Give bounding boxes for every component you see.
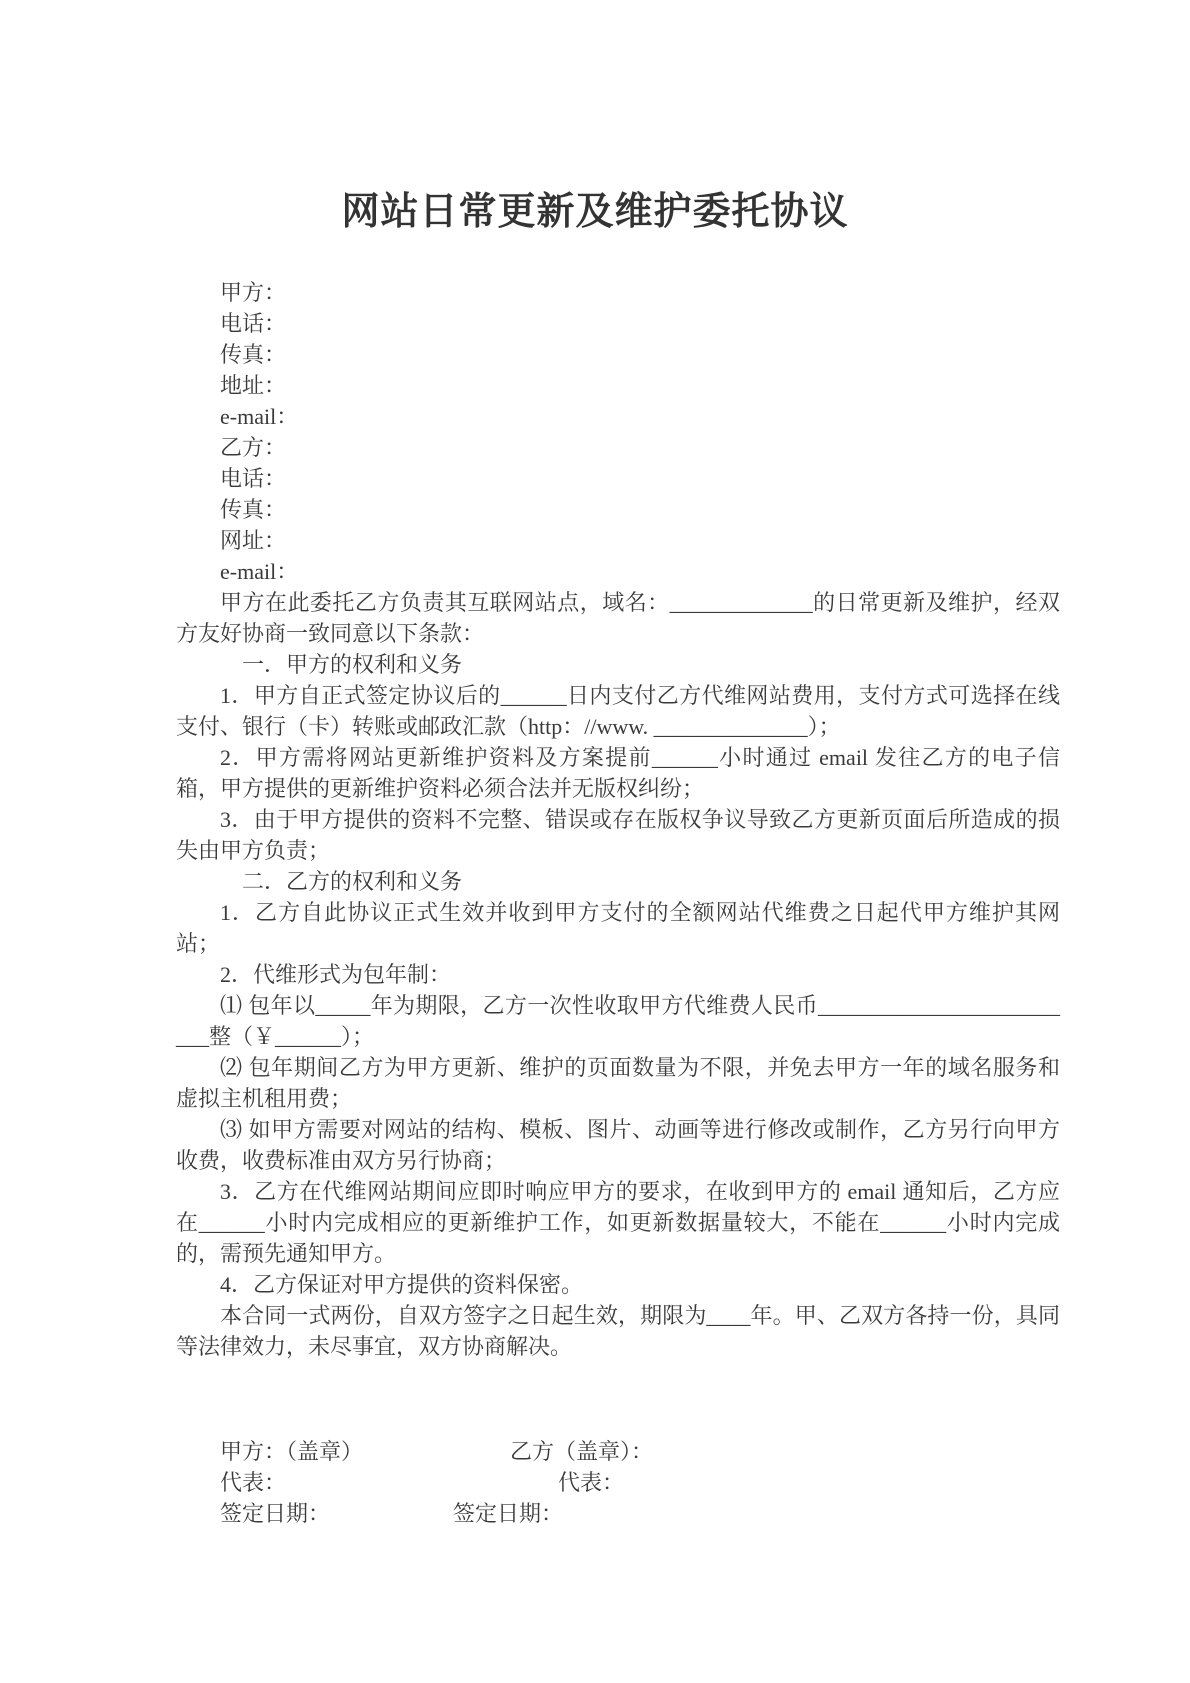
party-field-email-b: e-mail： xyxy=(176,556,1060,587)
contract-clauses: 甲方在此委托乙方负责其互联网站点，域名：_____________的日常更新及维… xyxy=(176,587,1060,1362)
clause-2-2-2: ⑵ 包年期间乙方为甲方更新、维护的页面数量为不限，并免去甲方一年的域名服务和虚拟… xyxy=(176,1052,1060,1114)
party-b-representative-label: 代表： xyxy=(558,1467,624,1498)
party-a-sign-date-label: 签定日期： xyxy=(176,1498,330,1529)
party-field-fax-a: 传真： xyxy=(176,339,1060,370)
contract-content: 甲方： 电话： 传真： 地址： e-mail： 乙方： 电话： 传真： 网址： … xyxy=(176,277,1060,1529)
signature-row-date: 签定日期： 签定日期： xyxy=(176,1498,1060,1529)
clause-1-1: 1．甲方自正式签定协议后的______日内支付乙方代维网站费用，支付方式可选择在… xyxy=(176,680,1060,742)
clause-2-1: 1．乙方自此协议正式生效并收到甲方支付的全额网站代维费之日起代甲方维护其网站； xyxy=(176,897,1060,959)
closing-paragraph: 本合同一式两份，自双方签字之日起生效，期限为____年。甲、乙双方各持一份，具同… xyxy=(176,1300,1060,1362)
party-info-block: 甲方： 电话： 传真： 地址： e-mail： 乙方： 电话： 传真： 网址： … xyxy=(176,277,1060,587)
party-field-website-b: 网址： xyxy=(176,525,1060,556)
section-heading-one: 一．甲方的权利和义务 xyxy=(176,649,1060,680)
party-field-yifang: 乙方： xyxy=(176,432,1060,463)
paragraph-intro: 甲方在此委托乙方负责其互联网站点，域名：_____________的日常更新及维… xyxy=(176,587,1060,649)
party-field-jiafang: 甲方： xyxy=(176,277,1060,308)
clause-2-2: 2．代维形式为包年制： xyxy=(176,959,1060,990)
clause-2-3: 3．乙方在代维网站期间应即时响应甲方的要求，在收到甲方的 email 通知后，乙… xyxy=(176,1176,1060,1269)
signature-row-representative: 代表： 代表： xyxy=(176,1467,1060,1498)
party-a-representative-label: 代表： xyxy=(176,1467,286,1498)
clause-1-3: 3．由于甲方提供的资料不完整、错误或存在版权争议导致乙方更新页面后所造成的损失由… xyxy=(176,804,1060,866)
clause-1-2: 2．甲方需将网站更新维护资料及方案提前______小时通过 email 发往乙方… xyxy=(176,742,1060,804)
party-field-fax-b: 传真： xyxy=(176,494,1060,525)
party-b-seal-label: 乙方（盖章）： xyxy=(510,1436,653,1467)
contract-title: 网站日常更新及维护委托协议 xyxy=(0,188,1190,236)
party-field-email-a: e-mail： xyxy=(176,401,1060,432)
signature-block: 甲方：（盖章） 乙方（盖章）： 代表： 代表： 签定日期： 签定日期： xyxy=(176,1436,1060,1529)
section-heading-two: 二．乙方的权利和义务 xyxy=(176,866,1060,897)
clause-2-2-3: ⑶ 如甲方需要对网站的结构、模板、图片、动画等进行修改或制作，乙方另行向甲方收费… xyxy=(176,1114,1060,1176)
party-field-address-a: 地址： xyxy=(176,370,1060,401)
clause-2-2-1: ⑴ 包年以_____年为期限，乙方一次性收取甲方代维费人民币__________… xyxy=(176,990,1060,1052)
party-field-phone-b: 电话： xyxy=(176,463,1060,494)
party-b-sign-date-label: 签定日期： xyxy=(453,1498,563,1529)
signature-row-seal: 甲方：（盖章） 乙方（盖章）： xyxy=(176,1436,1060,1467)
document-page: 网站日常更新及维护委托协议 甲方： 电话： 传真： 地址： e-mail： 乙方… xyxy=(0,0,1190,1683)
clause-2-4: 4．乙方保证对甲方提供的资料保密。 xyxy=(176,1269,1060,1300)
party-field-phone-a: 电话： xyxy=(176,308,1060,339)
party-a-seal-label: 甲方：（盖章） xyxy=(176,1436,363,1467)
